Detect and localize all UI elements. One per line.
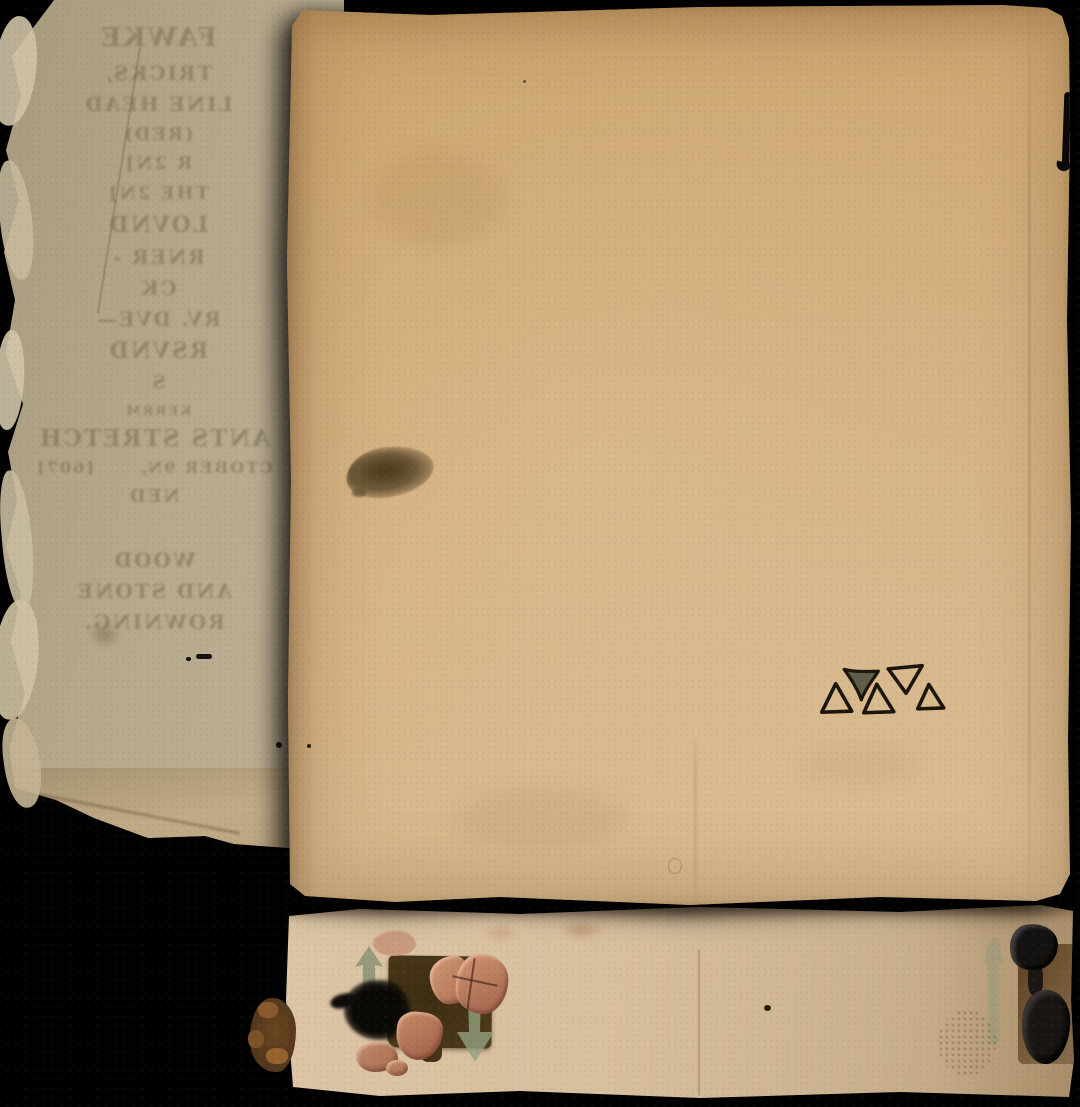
main-sheet <box>0 0 1080 1107</box>
sheet-top-shade <box>286 4 1072 46</box>
sheet-left-shade <box>286 4 316 904</box>
ink-stain-core <box>358 454 413 486</box>
soft-blotch <box>455 788 625 848</box>
faint-ring-mark <box>668 858 682 874</box>
triangle-up-outline <box>821 683 852 712</box>
triangle-down-outline <box>888 666 923 694</box>
main-sheet-shadow-wrap <box>0 0 1080 1107</box>
soft-blotch <box>800 745 920 785</box>
triangle-down-filled <box>844 668 879 700</box>
paper-speck <box>764 1005 771 1011</box>
edge-tear-mark <box>1062 92 1072 170</box>
triangle-up-outline <box>917 684 944 709</box>
archival-scan: FAWKE TRICKS, LINE HEAD (RED) R 2N] THE … <box>0 0 1080 1107</box>
sheet-crease <box>694 735 697 905</box>
triangle-mark <box>813 658 957 723</box>
soft-blotch <box>372 150 502 245</box>
paper-speck <box>307 744 311 748</box>
paper-speck <box>523 80 526 83</box>
sheet-crease <box>1028 10 1031 900</box>
ink-stain-tail <box>352 488 366 497</box>
